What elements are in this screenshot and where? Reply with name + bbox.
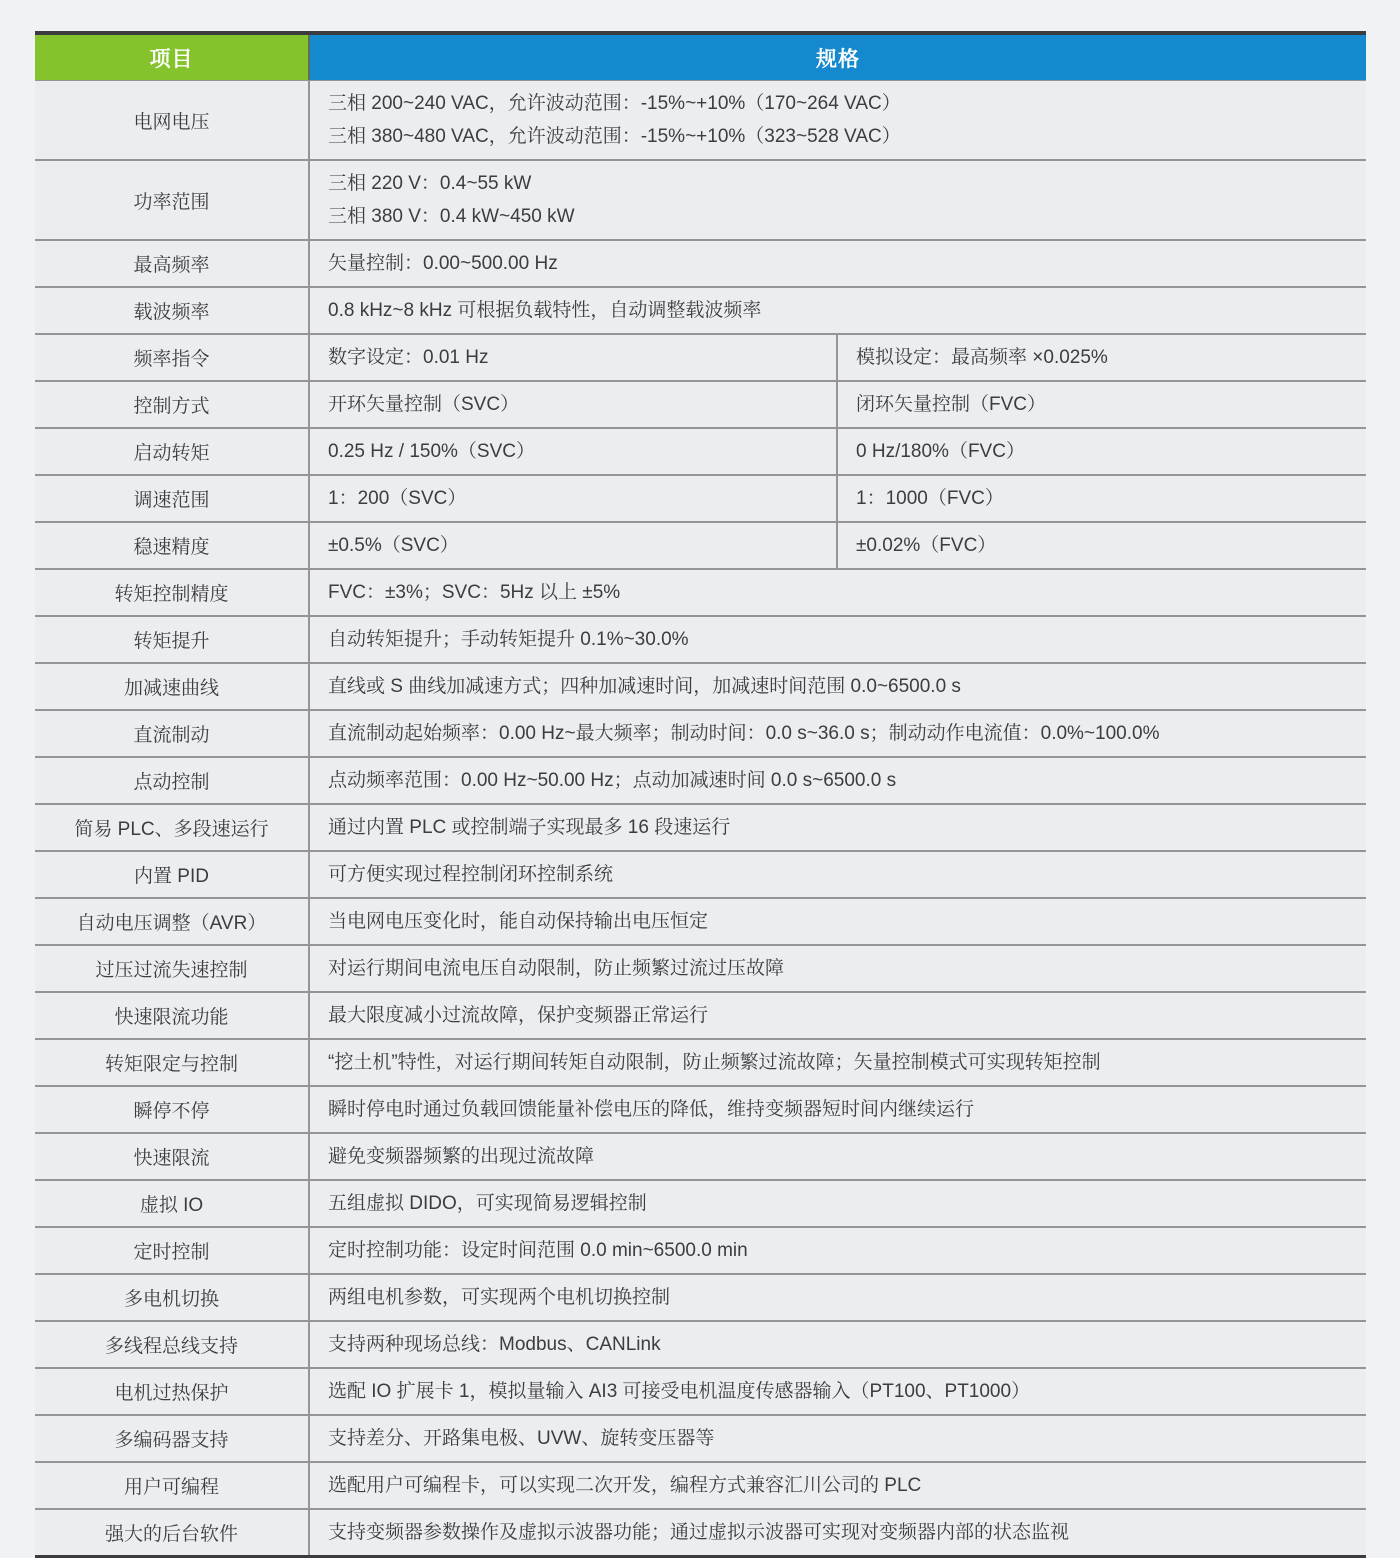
table-row: 多线程总线支持支持两种现场总线：Modbus、CANLink <box>35 1320 1366 1367</box>
table-row: 用户可编程选配用户可编程卡，可以实现二次开发，编程方式兼容汇川公司的 PLC <box>35 1461 1366 1508</box>
spec-line: 最大限度减小过流故障，保护变频器正常运行 <box>328 999 1348 1032</box>
spec-cell: 五组虚拟 DIDO，可实现简易逻辑控制 <box>310 1181 1366 1226</box>
spec-line: 直流制动起始频率：0.00 Hz~最大频率；制动时间：0.0 s~36.0 s；… <box>328 717 1348 750</box>
table-row: 快速限流避免变频器频繁的出现过流故障 <box>35 1132 1366 1179</box>
table-row: 点动控制点动频率范围：0.00 Hz~50.00 Hz；点动加减速时间 0.0 … <box>35 756 1366 803</box>
item-cell: 强大的后台软件 <box>35 1510 310 1555</box>
table-row: 定时控制定时控制功能：设定时间范围 0.0 min~6500.0 min <box>35 1226 1366 1273</box>
spec-line: 可方便实现过程控制闭环控制系统 <box>328 858 1348 891</box>
spec-line: 三相 200~240 VAC，允许波动范围：-15%~+10%（170~264 … <box>328 87 1348 120</box>
item-cell: 加减速曲线 <box>35 664 310 709</box>
item-cell: 过压过流失速控制 <box>35 946 310 991</box>
spec-line: 三相 220 V：0.4~55 kW <box>328 167 1348 200</box>
spec-cell: 通过内置 PLC 或控制端子实现最多 16 段速运行 <box>310 805 1366 850</box>
table-row: 加减速曲线直线或 S 曲线加减速方式；四种加减速时间，加减速时间范围 0.0~6… <box>35 662 1366 709</box>
spec-subcell-right: 闭环矢量控制（FVC） <box>838 382 1366 427</box>
table-row: 电网电压三相 200~240 VAC，允许波动范围：-15%~+10%（170~… <box>35 80 1366 159</box>
item-cell: 多编码器支持 <box>35 1416 310 1461</box>
item-cell: 电机过热保护 <box>35 1369 310 1414</box>
table-row: 过压过流失速控制对运行期间电流电压自动限制，防止频繁过流过压故障 <box>35 944 1366 991</box>
item-cell: 定时控制 <box>35 1228 310 1273</box>
spec-line: 0.8 kHz~8 kHz 可根据负载特性，自动调整载波频率 <box>328 294 1348 327</box>
table-row: 频率指令数字设定：0.01 Hz模拟设定：最高频率 ×0.025% <box>35 333 1366 380</box>
table-row: 多编码器支持支持差分、开路集电极、UVW、旋转变压器等 <box>35 1414 1366 1461</box>
spec-line: 支持两种现场总线：Modbus、CANLink <box>328 1328 1348 1361</box>
item-cell: 用户可编程 <box>35 1463 310 1508</box>
item-cell: 控制方式 <box>35 382 310 427</box>
spec-cell: 定时控制功能：设定时间范围 0.0 min~6500.0 min <box>310 1228 1366 1273</box>
spec-line: 0 Hz/180%（FVC） <box>856 435 1348 468</box>
item-cell: 转矩提升 <box>35 617 310 662</box>
spec-table: 项目 规格 电网电压三相 200~240 VAC，允许波动范围：-15%~+10… <box>35 31 1366 1558</box>
item-cell: 快速限流 <box>35 1134 310 1179</box>
spec-line: 对运行期间电流电压自动限制，防止频繁过流过压故障 <box>328 952 1348 985</box>
item-cell: 多电机切换 <box>35 1275 310 1320</box>
spec-subcell-right: 1：1000（FVC） <box>838 476 1366 521</box>
spec-line: 瞬时停电时通过负载回馈能量补偿电压的降低，维持变频器短时间内继续运行 <box>328 1093 1348 1126</box>
spec-line: 选配用户可编程卡，可以实现二次开发，编程方式兼容汇川公司的 PLC <box>328 1469 1348 1502</box>
table-row: 强大的后台软件支持变频器参数操作及虚拟示波器功能；通过虚拟示波器可实现对变频器内… <box>35 1508 1366 1555</box>
spec-line: 矢量控制：0.00~500.00 Hz <box>328 247 1348 280</box>
table-row: 转矩控制精度FVC：±3%；SVC：5Hz 以上 ±5% <box>35 568 1366 615</box>
spec-line: 点动频率范围：0.00 Hz~50.00 Hz；点动加减速时间 0.0 s~65… <box>328 764 1348 797</box>
table-row: 电机过热保护选配 IO 扩展卡 1，模拟量输入 AI3 可接受电机温度传感器输入… <box>35 1367 1366 1414</box>
spec-cell: 选配 IO 扩展卡 1，模拟量输入 AI3 可接受电机温度传感器输入（PT100… <box>310 1369 1366 1414</box>
spec-subcell-left: 1：200（SVC） <box>310 476 838 521</box>
item-cell: 载波频率 <box>35 288 310 333</box>
table-row: 内置 PID可方便实现过程控制闭环控制系统 <box>35 850 1366 897</box>
table-row: 转矩限定与控制“挖土机”特性，对运行期间转矩自动限制，防止频繁过流故障；矢量控制… <box>35 1038 1366 1085</box>
spec-cell: “挖土机”特性，对运行期间转矩自动限制，防止频繁过流故障；矢量控制模式可实现转矩… <box>310 1040 1366 1085</box>
spec-cell: 支持两种现场总线：Modbus、CANLink <box>310 1322 1366 1367</box>
spec-line: 模拟设定：最高频率 ×0.025% <box>856 341 1348 374</box>
item-cell: 功率范围 <box>35 161 310 239</box>
spec-cell: 直线或 S 曲线加减速方式；四种加减速时间，加减速时间范围 0.0~6500.0… <box>310 664 1366 709</box>
table-row: 载波频率0.8 kHz~8 kHz 可根据负载特性，自动调整载波频率 <box>35 286 1366 333</box>
spec-cell: 对运行期间电流电压自动限制，防止频繁过流过压故障 <box>310 946 1366 991</box>
spec-line: 选配 IO 扩展卡 1，模拟量输入 AI3 可接受电机温度传感器输入（PT100… <box>328 1375 1348 1408</box>
spec-subcell-left: 数字设定：0.01 Hz <box>310 335 838 380</box>
spec-cell: 0.8 kHz~8 kHz 可根据负载特性，自动调整载波频率 <box>310 288 1366 333</box>
item-cell: 虚拟 IO <box>35 1181 310 1226</box>
spec-cell: 瞬时停电时通过负载回馈能量补偿电压的降低，维持变频器短时间内继续运行 <box>310 1087 1366 1132</box>
spec-cell: 避免变频器频繁的出现过流故障 <box>310 1134 1366 1179</box>
table-row: 控制方式开环矢量控制（SVC）闭环矢量控制（FVC） <box>35 380 1366 427</box>
spec-line: ±0.5%（SVC） <box>328 529 818 562</box>
item-cell: 转矩限定与控制 <box>35 1040 310 1085</box>
spec-cell: 矢量控制：0.00~500.00 Hz <box>310 241 1366 286</box>
spec-line: 闭环矢量控制（FVC） <box>856 388 1348 421</box>
spec-cell: 三相 200~240 VAC，允许波动范围：-15%~+10%（170~264 … <box>310 81 1366 159</box>
item-cell: 转矩控制精度 <box>35 570 310 615</box>
spec-line: 数字设定：0.01 Hz <box>328 341 818 374</box>
item-cell: 启动转矩 <box>35 429 310 474</box>
table-row: 最高频率矢量控制：0.00~500.00 Hz <box>35 239 1366 286</box>
item-cell: 自动电压调整（AVR） <box>35 899 310 944</box>
spec-line: 定时控制功能：设定时间范围 0.0 min~6500.0 min <box>328 1234 1348 1267</box>
spec-line: 三相 380 V：0.4 kW~450 kW <box>328 200 1348 233</box>
item-cell: 瞬停不停 <box>35 1087 310 1132</box>
spec-cell: 支持变频器参数操作及虚拟示波器功能；通过虚拟示波器可实现对变频器内部的状态监视 <box>310 1510 1366 1555</box>
item-cell: 内置 PID <box>35 852 310 897</box>
spec-line: 当电网电压变化时，能自动保持输出电压恒定 <box>328 905 1348 938</box>
spec-subcell-left: ±0.5%（SVC） <box>310 523 838 568</box>
spec-line: FVC：±3%；SVC：5Hz 以上 ±5% <box>328 576 1348 609</box>
spec-cell: 选配用户可编程卡，可以实现二次开发，编程方式兼容汇川公司的 PLC <box>310 1463 1366 1508</box>
spec-cell: 当电网电压变化时，能自动保持输出电压恒定 <box>310 899 1366 944</box>
table-row: 虚拟 IO五组虚拟 DIDO，可实现简易逻辑控制 <box>35 1179 1366 1226</box>
spec-cell: 可方便实现过程控制闭环控制系统 <box>310 852 1366 897</box>
spec-line: 开环矢量控制（SVC） <box>328 388 818 421</box>
spec-subcell-right: 0 Hz/180%（FVC） <box>838 429 1366 474</box>
item-cell: 多线程总线支持 <box>35 1322 310 1367</box>
spec-line: 五组虚拟 DIDO，可实现简易逻辑控制 <box>328 1187 1348 1220</box>
table-row: 调速范围1：200（SVC）1：1000（FVC） <box>35 474 1366 521</box>
spec-cell: 支持差分、开路集电极、UVW、旋转变压器等 <box>310 1416 1366 1461</box>
spec-line: “挖土机”特性，对运行期间转矩自动限制，防止频繁过流故障；矢量控制模式可实现转矩… <box>328 1046 1348 1079</box>
spec-line: ±0.02%（FVC） <box>856 529 1348 562</box>
table-header-row: 项目 规格 <box>35 35 1366 80</box>
table-row: 瞬停不停瞬时停电时通过负载回馈能量补偿电压的降低，维持变频器短时间内继续运行 <box>35 1085 1366 1132</box>
spec-line: 通过内置 PLC 或控制端子实现最多 16 段速运行 <box>328 811 1348 844</box>
spec-line: 1：1000（FVC） <box>856 482 1348 515</box>
table-row: 启动转矩0.25 Hz / 150%（SVC）0 Hz/180%（FVC） <box>35 427 1366 474</box>
spec-cell: 两组电机参数，可实现两个电机切换控制 <box>310 1275 1366 1320</box>
table-row: 自动电压调整（AVR）当电网电压变化时，能自动保持输出电压恒定 <box>35 897 1366 944</box>
spec-line: 支持差分、开路集电极、UVW、旋转变压器等 <box>328 1422 1348 1455</box>
spec-line: 避免变频器频繁的出现过流故障 <box>328 1140 1348 1173</box>
item-cell: 稳速精度 <box>35 523 310 568</box>
table-row: 功率范围三相 220 V：0.4~55 kW三相 380 V：0.4 kW~45… <box>35 159 1366 239</box>
spec-line: 三相 380~480 VAC，允许波动范围：-15%~+10%（323~528 … <box>328 120 1348 153</box>
table-row: 多电机切换两组电机参数，可实现两个电机切换控制 <box>35 1273 1366 1320</box>
table-row: 简易 PLC、多段速运行通过内置 PLC 或控制端子实现最多 16 段速运行 <box>35 803 1366 850</box>
spec-subcell-left: 0.25 Hz / 150%（SVC） <box>310 429 838 474</box>
item-cell: 快速限流功能 <box>35 993 310 1038</box>
spec-line: 直线或 S 曲线加减速方式；四种加减速时间，加减速时间范围 0.0~6500.0… <box>328 670 1348 703</box>
item-cell: 频率指令 <box>35 335 310 380</box>
spec-cell: 三相 220 V：0.4~55 kW三相 380 V：0.4 kW~450 kW <box>310 161 1366 239</box>
spec-cell: 直流制动起始频率：0.00 Hz~最大频率；制动时间：0.0 s~36.0 s；… <box>310 711 1366 756</box>
item-cell: 简易 PLC、多段速运行 <box>35 805 310 850</box>
spec-cell: FVC：±3%；SVC：5Hz 以上 ±5% <box>310 570 1366 615</box>
item-cell: 调速范围 <box>35 476 310 521</box>
spec-cell: 自动转矩提升；手动转矩提升 0.1%~30.0% <box>310 617 1366 662</box>
spec-line: 1：200（SVC） <box>328 482 818 515</box>
header-item-cell: 项目 <box>35 35 310 80</box>
spec-line: 两组电机参数，可实现两个电机切换控制 <box>328 1281 1348 1314</box>
item-cell: 点动控制 <box>35 758 310 803</box>
table-row: 稳速精度±0.5%（SVC）±0.02%（FVC） <box>35 521 1366 568</box>
spec-subcell-right: 模拟设定：最高频率 ×0.025% <box>838 335 1366 380</box>
table-row: 转矩提升自动转矩提升；手动转矩提升 0.1%~30.0% <box>35 615 1366 662</box>
header-spec-cell: 规格 <box>310 35 1366 80</box>
spec-subcell-right: ±0.02%（FVC） <box>838 523 1366 568</box>
spec-cell: 点动频率范围：0.00 Hz~50.00 Hz；点动加减速时间 0.0 s~65… <box>310 758 1366 803</box>
item-cell: 电网电压 <box>35 81 310 159</box>
spec-cell: 最大限度减小过流故障，保护变频器正常运行 <box>310 993 1366 1038</box>
table-row: 快速限流功能最大限度减小过流故障，保护变频器正常运行 <box>35 991 1366 1038</box>
spec-line: 0.25 Hz / 150%（SVC） <box>328 435 818 468</box>
spec-line: 支持变频器参数操作及虚拟示波器功能；通过虚拟示波器可实现对变频器内部的状态监视 <box>328 1516 1348 1549</box>
table-body: 电网电压三相 200~240 VAC，允许波动范围：-15%~+10%（170~… <box>35 80 1366 1558</box>
spec-subcell-left: 开环矢量控制（SVC） <box>310 382 838 427</box>
table-row: 直流制动直流制动起始频率：0.00 Hz~最大频率；制动时间：0.0 s~36.… <box>35 709 1366 756</box>
item-cell: 最高频率 <box>35 241 310 286</box>
spec-line: 自动转矩提升；手动转矩提升 0.1%~30.0% <box>328 623 1348 656</box>
item-cell: 直流制动 <box>35 711 310 756</box>
